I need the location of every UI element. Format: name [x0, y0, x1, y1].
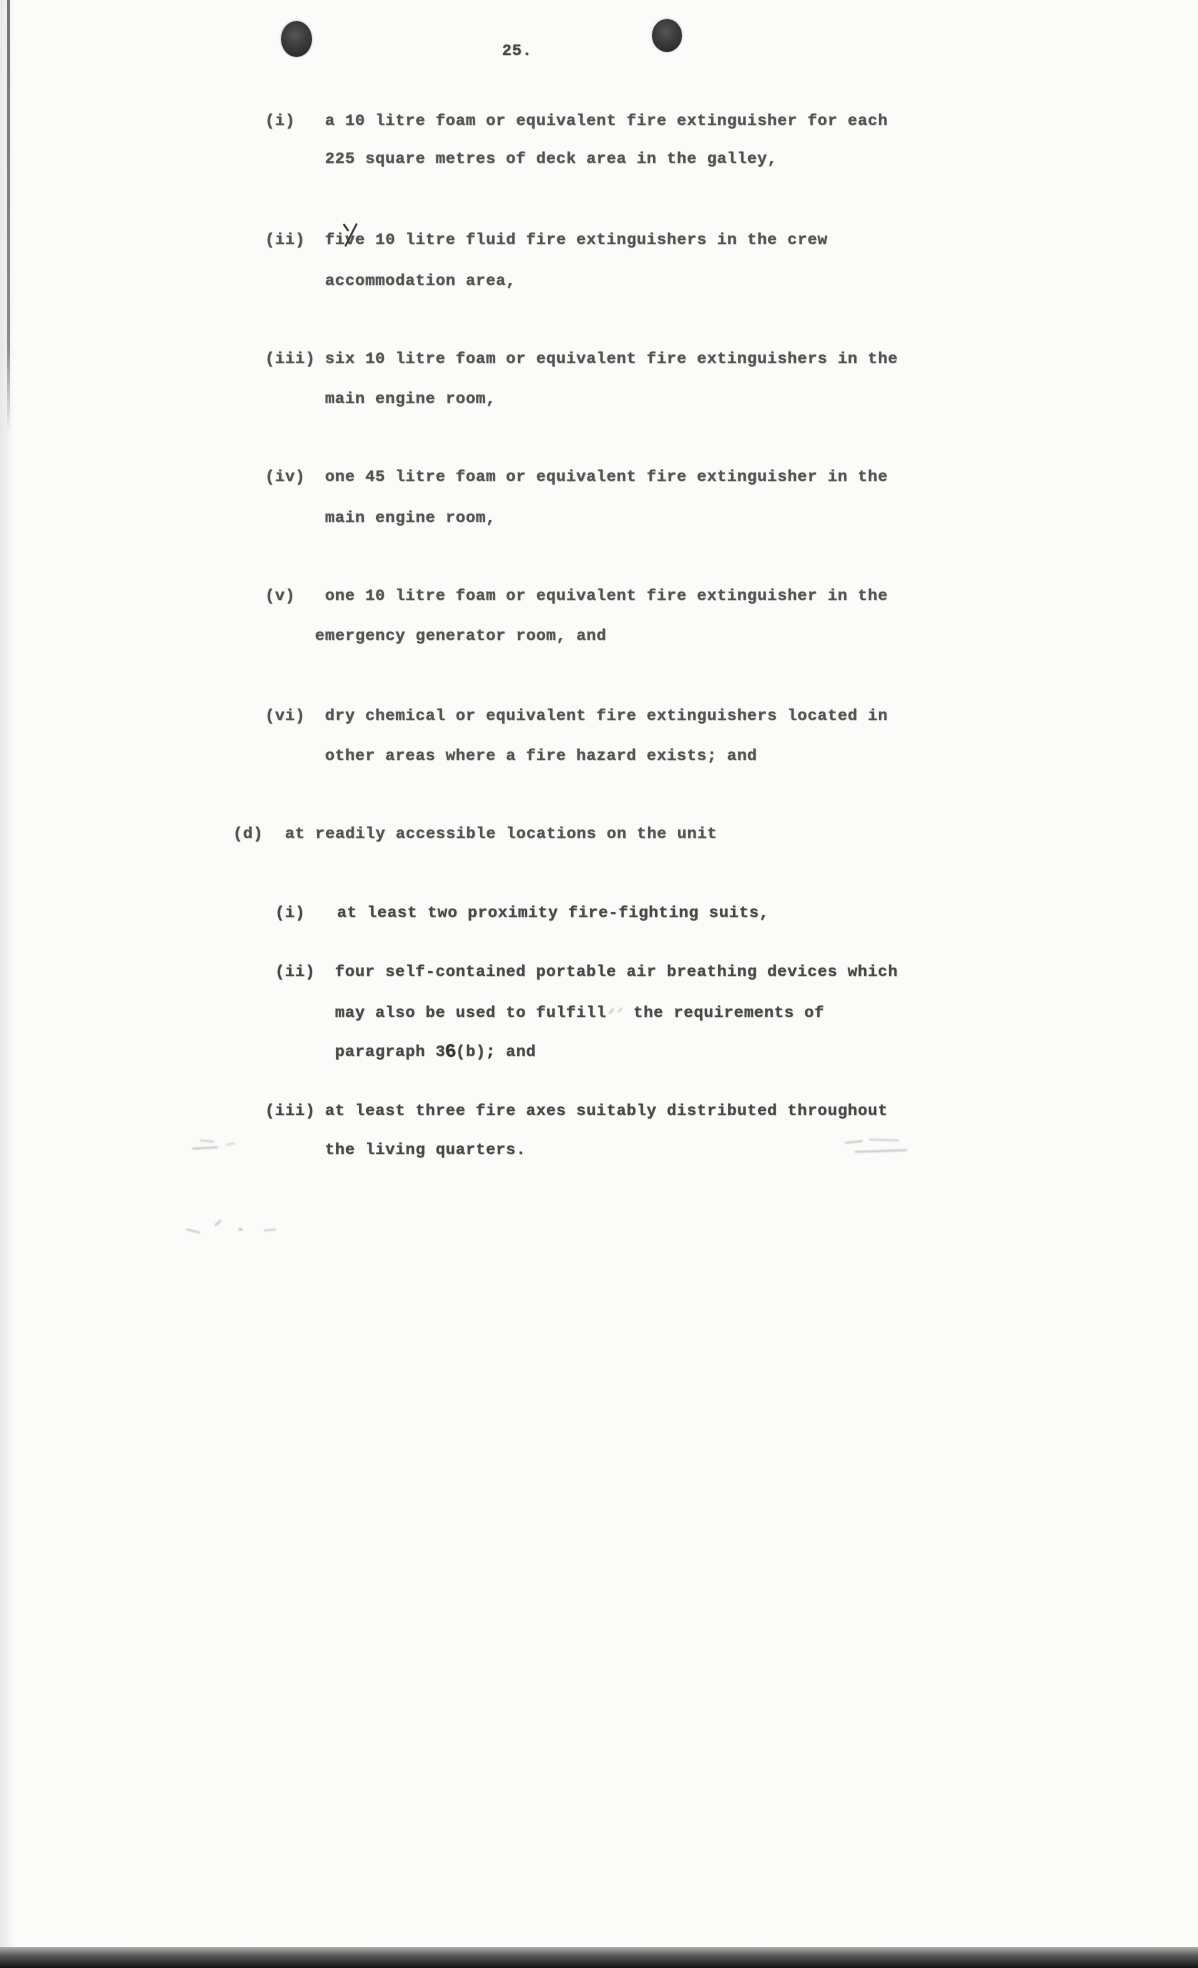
item-vi-line1: dry chemical or equivalent fire extingui… — [325, 707, 888, 725]
item-d-ii-line2-pre: may also be used to fulfill — [335, 1004, 606, 1022]
item-d-iii-line2: the living quarters. — [325, 1141, 526, 1159]
item-v-label: (v) — [265, 587, 295, 605]
handwritten-punctuation: ; — [486, 1043, 496, 1061]
item-i-line1: a 10 litre foam or equivalent fire extin… — [325, 112, 888, 130]
item-iv-label: (iv) — [265, 468, 305, 486]
item-d-i-label: (i) — [275, 904, 305, 922]
item-d-ii-line2: may also be used to fulfillthe requireme… — [335, 1004, 824, 1022]
page-bottom-scan-band — [0, 1947, 1198, 1968]
item-d-ii-line2-post: the requirements of — [633, 1004, 824, 1022]
pencil-smudge-bottom-left — [186, 1220, 281, 1238]
ink-smudge-fulfill-gap — [608, 1004, 626, 1018]
item-iv-line2: main engine room, — [325, 509, 496, 527]
item-d-line1: at readily accessible locations on the u… — [285, 825, 717, 843]
pencil-smudge-left — [192, 1138, 242, 1156]
item-d-i-line1: at least two proximity fire-fighting sui… — [337, 904, 769, 922]
handwritten-digit: 6 — [444, 1041, 458, 1063]
item-iv-line1: one 45 litre foam or equivalent fire ext… — [325, 468, 888, 486]
item-d-iii-line1: at least three fire axes suitably distri… — [325, 1102, 888, 1120]
item-v-line1: one 10 litre foam or equivalent fire ext… — [325, 587, 888, 605]
page-left-edge-line — [7, 0, 10, 432]
item-ii-line1: five 10 litre fluid fire extinguishers i… — [325, 231, 828, 249]
item-iii-label: (iii) — [265, 350, 315, 368]
item-ii-line1-post: e 10 litre fluid fire extinguishers in t… — [355, 231, 827, 249]
item-vi-label: (vi) — [265, 707, 305, 725]
item-d-ii-label: (ii) — [275, 963, 315, 981]
item-d-label: (d) — [233, 825, 263, 843]
page-number: 25. — [502, 42, 532, 60]
item-i-label: (i) — [265, 112, 295, 130]
hole-punch-right — [652, 19, 682, 52]
item-ii-label: (ii) — [265, 231, 305, 249]
item-ii-line2: accommodation area, — [325, 272, 516, 290]
pencil-smudge-right — [845, 1138, 913, 1156]
item-v-line2: emergency generator room, and — [315, 627, 607, 645]
item-d-ii-line1: four self-contained portable air breathi… — [335, 963, 898, 981]
item-d-iii-label: (iii) — [265, 1102, 315, 1120]
item-i-line2: 225 square metres of deck area in the ga… — [325, 150, 777, 168]
item-d-ii-line3: paragraph 36(b); and — [335, 1043, 536, 1061]
item-d-ii-line3-pre: paragraph 3 — [335, 1043, 446, 1061]
item-vi-line2: other areas where a fire hazard exists; … — [325, 747, 757, 765]
scanned-document-page: 25. (i) a 10 litre foam or equivalent fi… — [0, 0, 1198, 1968]
item-ii-line1-pre: fi — [325, 231, 345, 249]
item-iii-line1: six 10 litre foam or equivalent fire ext… — [325, 350, 898, 368]
handwritten-correction-mark: v — [345, 231, 355, 249]
item-d-ii-line3-post: and — [496, 1043, 536, 1061]
hole-punch-left — [281, 21, 312, 57]
item-d-ii-line3-mid: (b) — [456, 1043, 486, 1061]
item-iii-line2: main engine room, — [325, 390, 496, 408]
